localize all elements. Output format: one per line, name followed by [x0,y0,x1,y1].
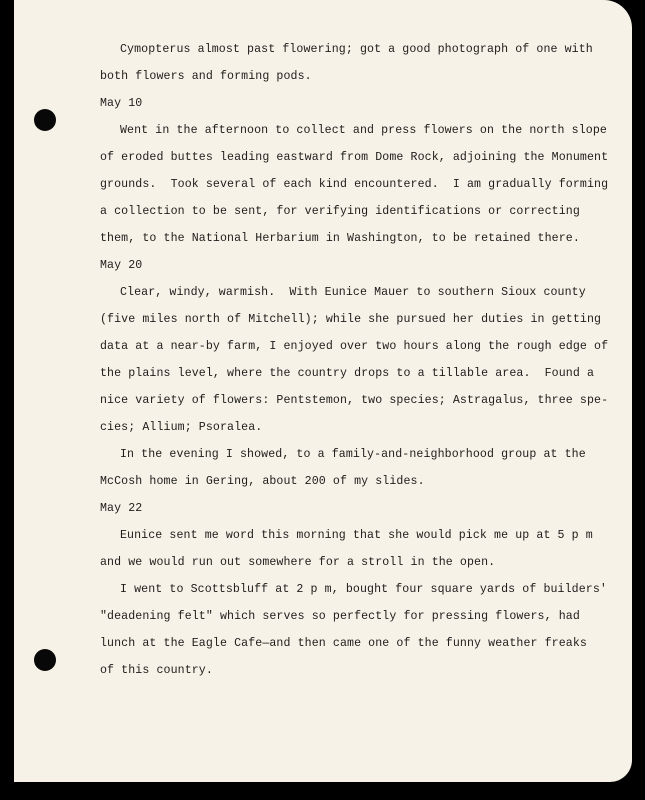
text-line: "deadening felt" which serves so perfect… [100,603,610,630]
punch-hole-bottom [34,649,56,671]
journal-text: Cymopterus almost past flowering; got a … [100,36,610,684]
text-line: Eunice sent me word this morning that sh… [100,522,610,549]
text-line: I went to Scottsbluff at 2 p m, bought f… [100,576,610,603]
text-line: both flowers and forming pods. [100,63,610,90]
date-heading: May 10 [100,90,610,117]
text-line: of eroded buttes leading eastward from D… [100,144,610,171]
text-line: nice variety of flowers: Pentstemon, two… [100,387,610,414]
text-line: them, to the National Herbarium in Washi… [100,225,610,252]
text-line: McCosh home in Gering, about 200 of my s… [100,468,610,495]
text-line: data at a near-by farm, I enjoyed over t… [100,333,610,360]
text-line: and we would run out somewhere for a str… [100,549,610,576]
text-line: Clear, windy, warmish. With Eunice Mauer… [100,279,610,306]
text-line: Went in the afternoon to collect and pre… [100,117,610,144]
text-line: the plains level, where the country drop… [100,360,610,387]
text-line: In the evening I showed, to a family-and… [100,441,610,468]
text-line: Cymopterus almost past flowering; got a … [100,36,610,63]
date-heading: May 22 [100,495,610,522]
punch-hole-top [34,109,56,131]
text-line: (five miles north of Mitchell); while sh… [100,306,610,333]
text-line: cies; Allium; Psoralea. [100,414,610,441]
date-heading: May 20 [100,252,610,279]
text-line: grounds. Took several of each kind encou… [100,171,610,198]
text-line: lunch at the Eagle Cafe—and then came on… [100,630,610,657]
text-line: a collection to be sent, for verifying i… [100,198,610,225]
text-line: of this country. [100,657,610,684]
